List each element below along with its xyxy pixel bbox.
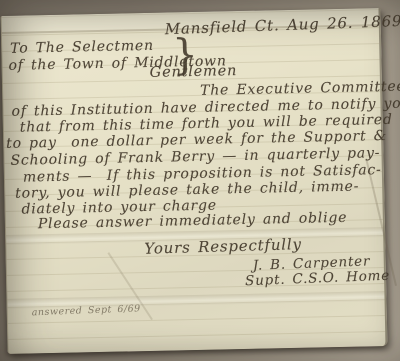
recipient-line-1: To The Selectmen [10, 38, 154, 57]
dateline: Mansfield Ct. Aug 26. 1869 [165, 12, 400, 38]
salutation: Gentlemen [150, 63, 238, 81]
letter-paper: Mansfield Ct. Aug 26. 1869 To The Select… [1, 8, 388, 354]
handwritten-text: Mansfield Ct. Aug 26. 1869 To The Select… [2, 8, 386, 354]
letter-photo: Mansfield Ct. Aug 26. 1869 To The Select… [0, 0, 400, 361]
closing: Yours Respectfully [144, 235, 302, 258]
pencil-annotation: answered Sept 6/69 [32, 303, 141, 318]
